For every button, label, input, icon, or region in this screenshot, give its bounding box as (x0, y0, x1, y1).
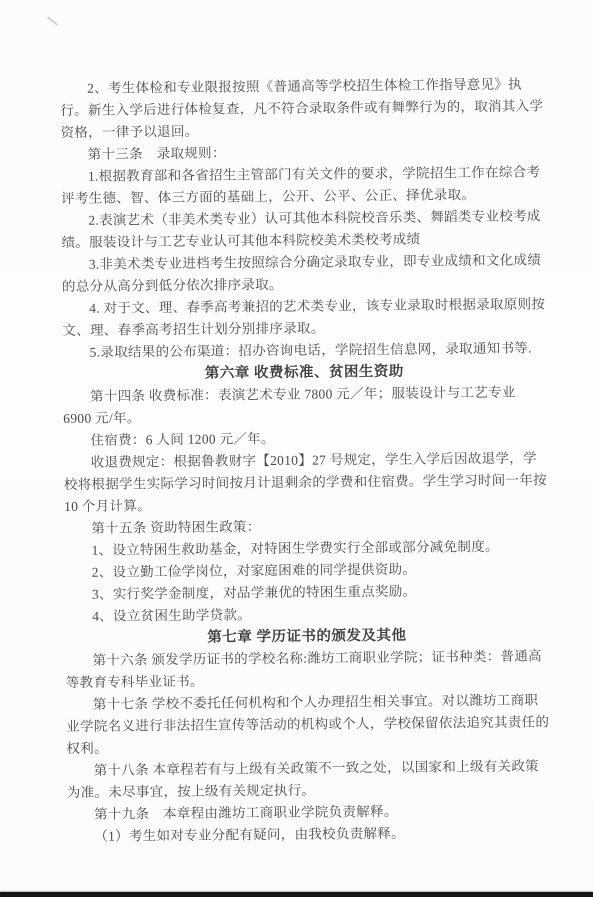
paragraph: 2、考生体检和专业限报按照《普通高等学校招生体检工作指导意见》执行。新生入学后进… (60, 73, 544, 144)
paragraph: 1、设立特困生救助基金，对特困生学费实行全部或部分减免制度。 (64, 535, 547, 562)
scan-bottom-edge (0, 892, 593, 897)
paragraph: 第十八条 本章程若有与上级有关政策不一致之处，以国家和上级有关政策为准。未尽事宜… (67, 755, 550, 804)
scan-artifact-mark (47, 16, 58, 26)
paragraph: 第十七条 学校不委托任何机构和个人办理招生相关事宜。对以潍坊工商职业学院名义进行… (66, 689, 550, 760)
paragraph: 收退费规定：根据鲁教财字【2010】27 号规定，学生入学后因故退学，学校将根据… (64, 447, 548, 518)
paragraph: 2.表演艺术（非美术类专业）认可其他本科院校音乐类、舞蹈类专业校考成绩。服装设计… (61, 205, 544, 254)
paragraph: 第十六条 颁发学历证书的学校名称:潍坊工商职业学院；证书种类：普通高等教育专科毕… (65, 645, 548, 694)
paragraph: 4. 对于文、理、春季高考兼招的艺术类专业，该专业录取时根据录取原则按文、理、春… (62, 293, 545, 342)
paragraph: 5.录取结果的公布渠道：招办咨询电话，学院招生信息网，录取通知书等. (63, 337, 546, 364)
paragraph: 3.非美术类专业进档考生按照综合分确定录取专业，即专业成绩和文化成绩的总分从高分… (62, 249, 545, 298)
paragraph: 第十四条 收费标准：表演艺术专业 7800 元／年；服装设计与工艺专业 6900… (63, 381, 546, 430)
scanned-document-page: 2、考生体检和专业限报按照《普通高等学校招生体检工作指导意见》执行。新生入学后进… (0, 0, 593, 897)
paragraph: 1.根据教育部和各省招生主管部门有关文件的要求，学院招生工作在综合考评考生德、智… (61, 161, 544, 210)
document-content: 2、考生体检和专业限报按照《普通高等学校招生体检工作指导意见》执行。新生入学后进… (60, 73, 550, 848)
paragraph: （1）考生如对专业分配有疑问，由我校负责解释。 (67, 821, 550, 848)
